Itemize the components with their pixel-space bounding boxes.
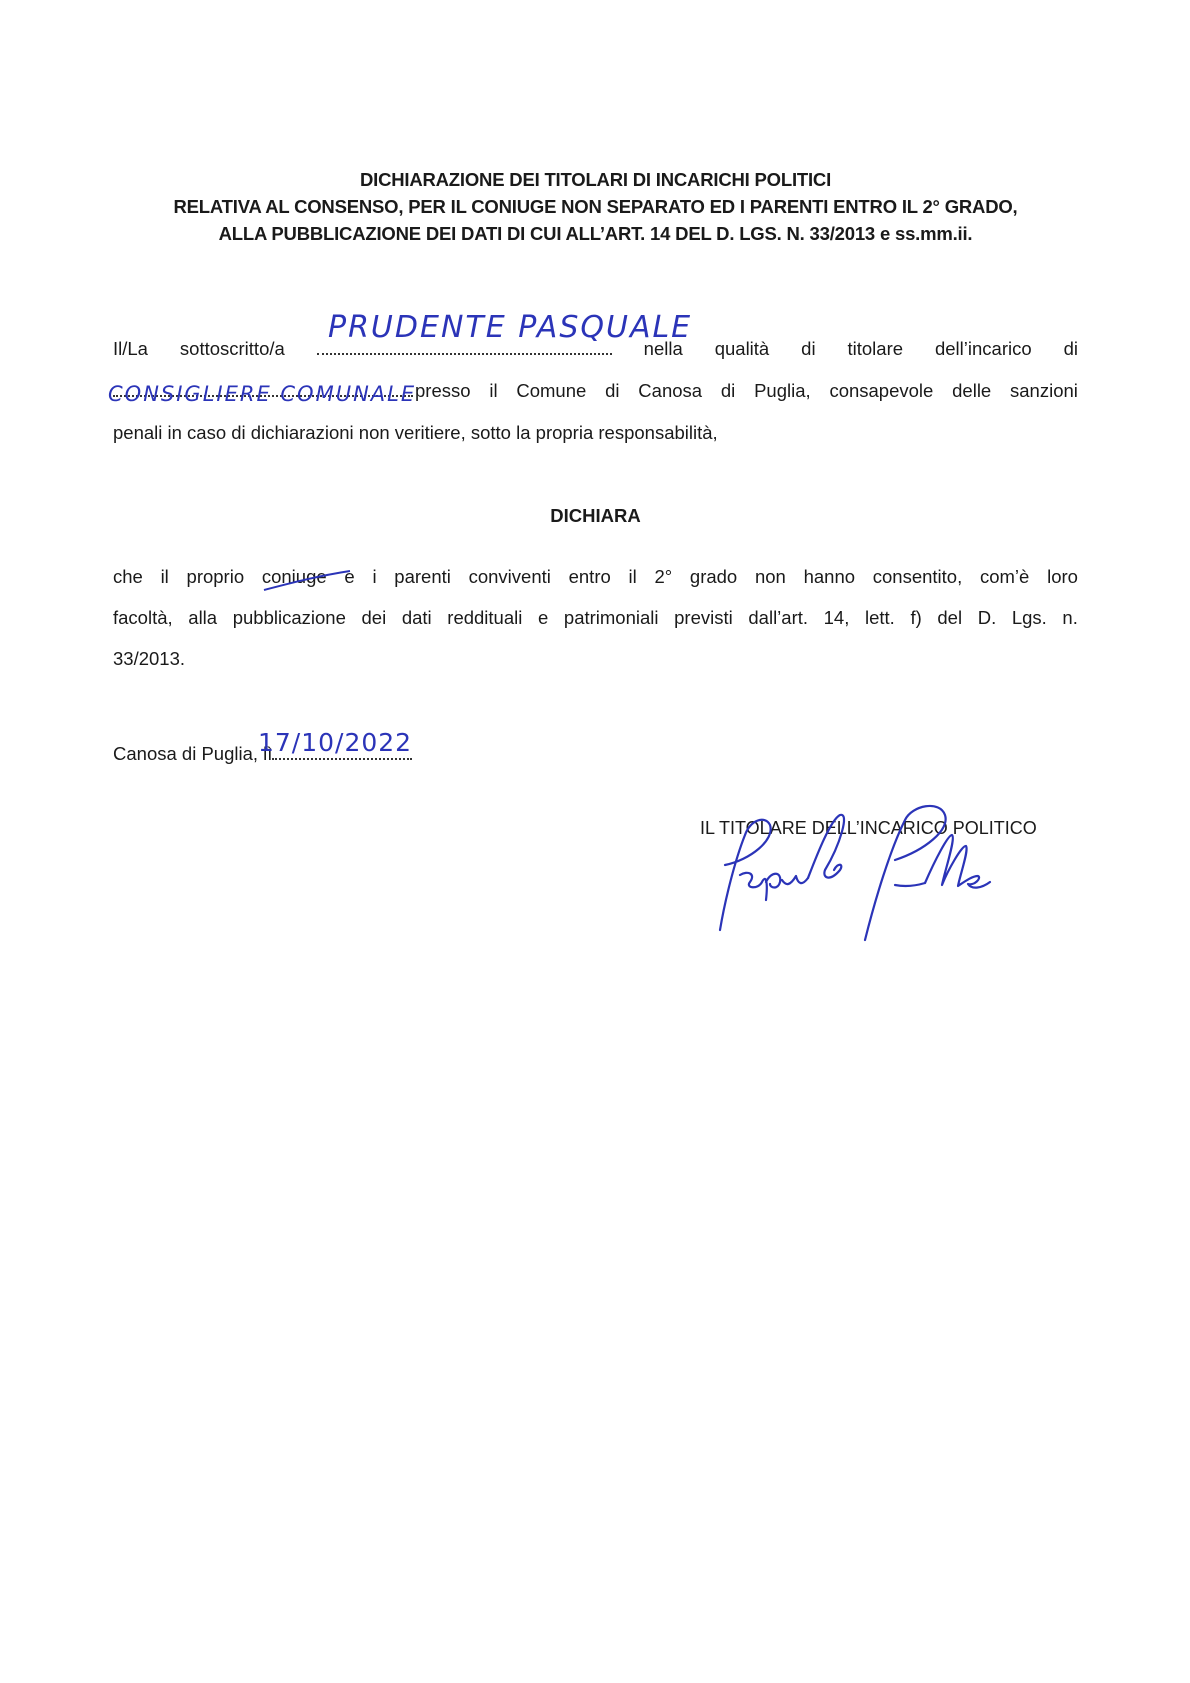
text-word: dati: [402, 607, 432, 629]
text-word: delle: [952, 380, 991, 402]
text-word: che: [113, 566, 143, 588]
text-word: parenti: [394, 566, 451, 588]
text-word: proprio: [187, 566, 245, 588]
handwritten-date: 17/10/2022: [258, 728, 412, 757]
text-word: hanno: [804, 566, 855, 588]
text-word: lett.: [865, 607, 895, 629]
declaration-line-3: 33/2013.: [113, 648, 1078, 672]
text-word: sottoscritto/a: [180, 338, 285, 360]
intro-line-2-text: presso il Comune di Canosa di Puglia, co…: [415, 380, 1078, 402]
place-date-label: Canosa di Puglia, lì: [113, 743, 272, 764]
text-word: Il/La: [113, 338, 148, 360]
text-word: conviventi: [469, 566, 551, 588]
text-word: e: [538, 607, 548, 629]
text-word: il: [489, 380, 497, 402]
text-word: consentito,: [873, 566, 962, 588]
text-word: di: [721, 380, 735, 402]
text-word: 2°: [654, 566, 672, 588]
text-word: entro: [569, 566, 611, 588]
text-word: titolare: [848, 338, 904, 360]
text-word: dei: [362, 607, 387, 629]
declaration-line-2: facoltà, alla pubblicazione dei dati red…: [113, 607, 1078, 631]
declaration-heading: DICHIARA: [113, 505, 1078, 527]
text-word: 14,: [824, 607, 850, 629]
handwritten-signature-icon: [690, 790, 1060, 950]
document-title: DICHIARAZIONE DEI TITOLARI DI INCARICHI …: [113, 166, 1078, 247]
text-word: grado: [690, 566, 737, 588]
date-field-dotted-line[interactable]: [272, 758, 412, 760]
text-word: di: [1064, 338, 1078, 360]
text-word: reddituali: [447, 607, 522, 629]
text-word: di: [605, 380, 619, 402]
text-word: non: [755, 566, 786, 588]
handwritten-role: CONSIGLIERE COMUNALE: [108, 382, 416, 406]
text-word: qualità: [715, 338, 770, 360]
text-word: Puglia,: [754, 380, 811, 402]
text-word: sanzioni: [1010, 380, 1078, 402]
text-word: n.: [1062, 607, 1077, 629]
text-word: Comune: [516, 380, 586, 402]
text-word: facoltà,: [113, 607, 173, 629]
text-word: di: [801, 338, 815, 360]
text-word: previsti: [674, 607, 733, 629]
handwritten-name: PRUDENTE PASQUALE: [328, 310, 692, 345]
strikethrough-mark-icon: [262, 570, 352, 592]
text-word: pubblicazione: [233, 607, 346, 629]
text-word: loro: [1047, 566, 1078, 588]
text-word: f): [910, 607, 921, 629]
text-word: i: [372, 566, 376, 588]
text-word: presso: [415, 380, 471, 402]
text-word: D.: [978, 607, 997, 629]
text-word: com’è: [980, 566, 1029, 588]
text-word: Canosa: [638, 380, 702, 402]
text-word: dall’art.: [748, 607, 808, 629]
text-word: alla: [188, 607, 217, 629]
name-field-dotted-line[interactable]: [317, 353, 612, 355]
document-page: DICHIARAZIONE DEI TITOLARI DI INCARICHI …: [0, 0, 1190, 1683]
title-line-3: ALLA PUBBLICAZIONE DEI DATI DI CUI ALL’A…: [113, 220, 1078, 247]
text-word: Lgs.: [1012, 607, 1047, 629]
text-word: del: [937, 607, 962, 629]
text-word: consapevole: [829, 380, 933, 402]
declaration-line-1: che il proprio coniuge e i parenti convi…: [113, 566, 1078, 590]
title-line-2: RELATIVA AL CONSENSO, PER IL CONIUGE NON…: [113, 193, 1078, 220]
title-line-1: DICHIARAZIONE DEI TITOLARI DI INCARICHI …: [113, 166, 1078, 193]
text-word: dell’incarico: [935, 338, 1032, 360]
struck-word-coniuge: coniuge: [262, 566, 327, 588]
intro-line-3: penali in caso di dichiarazioni non veri…: [113, 422, 1078, 446]
text-word: il: [161, 566, 169, 588]
text-word: patrimoniali: [564, 607, 659, 629]
text-word: il: [629, 566, 637, 588]
